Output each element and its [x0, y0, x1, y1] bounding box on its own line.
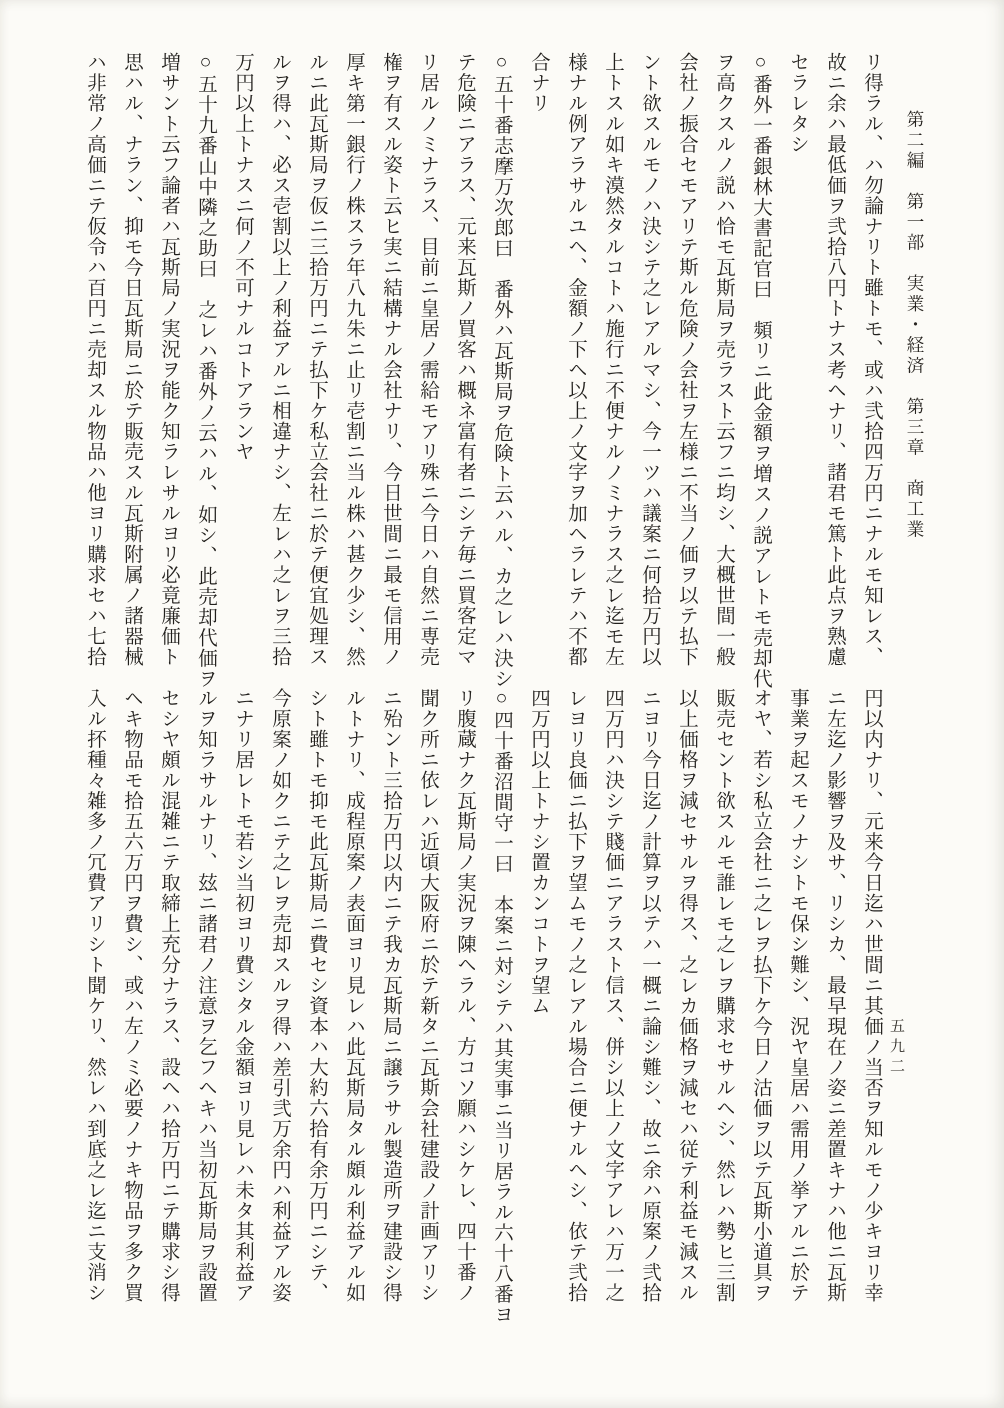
text-column: ルヲ知ラサルナリ、玆ニ諸君ノ注意ヲ乞フヘキハ当初瓦斯局ヲ設置 — [187, 688, 224, 1292]
text-column: ルトナリ、成程原案ノ表面ヨリ見レハ此瓦斯局タル頗ル利益アル如 — [335, 688, 372, 1292]
text-column: 販売セント欲スルモ誰レモ之レヲ購求セサルヘシ、然レハ勢ヒ三割 — [705, 688, 742, 1292]
text-column: 今原案ノ如クニテ之レヲ売却スルヲ得ハ差引弐万余円ハ利益アル姿 — [261, 688, 298, 1292]
text-column: ニ左迄ノ影響ヲ及サ、リシカ、最早現在ノ姿ニ差置キナハ他ニ瓦斯 — [816, 688, 853, 1292]
text-column: 以上価格ヲ減セサルヲ得ス、之レカ価格ヲ減セハ従テ利益モ減スル — [668, 688, 705, 1292]
text-column: レヨリ良価ニ払下ヲ望ムモノ之レアル場合ニ便ナルヘシ、依テ弐拾 — [557, 688, 594, 1292]
text-column: ヘキ物品モ拾五六万円ヲ費シ、或ハ左ノミ必要ノナキ物品ヲ多ク買 — [113, 688, 150, 1292]
text-column: 万円以上トナスニ何ノ不可ナルコトアランヤ — [224, 52, 261, 656]
page-number: 五九二 — [886, 1018, 907, 1078]
text-column: 厚キ第一銀行ノ株スラ年八九朱ニ止リ壱割ニ当ル株ハ甚ク少シ、然 — [335, 52, 372, 656]
text-block-bottom: 円以内ナリ、元来今日迄ハ世間ニ其価ノ当否ヲ知ルモノ少キヨリ幸ニ左迄ノ影響ヲ及サ、… — [76, 688, 890, 1292]
text-column: 事業ヲ起スモノナシトモ保シ難シ、況ヤ皇居ハ需用ノ挙アルニ於テ — [779, 688, 816, 1292]
text-column: リ得ラル、ハ勿論ナリト雖トモ、或ハ弐拾四万円ニナルモ知レス、 — [853, 52, 890, 656]
text-column: ント欲スルモノハ決シテ之レアルマシ、今一ツハ議案ニ何拾万円以 — [631, 52, 668, 656]
text-column: 様ナル例アラサルユヘ、金額ノ下ヘ以上ノ文字ヲ加ヘラレテハ不都 — [557, 52, 594, 656]
text-column: リ腹蔵ナク瓦斯局ノ実況ヲ陳ヘラル、方コソ願ハシケレ、四十番ノ — [446, 688, 483, 1292]
text-column: 思ハル、ナラン、抑モ今日瓦斯局ニ於テ販売スル瓦斯附属ノ諸器械 — [113, 52, 150, 656]
text-column: セシヤ頗ル混雑ニテ取締上充分ナラス、設ヘハ拾万円ニテ購求シ得 — [150, 688, 187, 1292]
running-head: 第二編 第一部 実業・経済 第三章 商工業 — [903, 110, 928, 541]
text-column: 権ヲ有スル姿ト云ヒ実ニ結構ナル会社ナリ、今日世間ニ最モ信用ノ — [372, 52, 409, 656]
text-column: 会社ノ振合セモアリテ斯ル危険ノ会社ヲ左様ニ不当ノ価ヲ以テ払下 — [668, 52, 705, 656]
text-column: ○番外一番銀林大書記官曰 頻リニ此金額ヲ増スノ説アレトモ売却代 — [742, 52, 779, 656]
text-column: オヤ、若シ私立会社ニ之レヲ払下ケ今日ノ沽価ヲ以テ瓦斯小道具ヲ — [742, 688, 779, 1292]
text-column: ○五十番志摩万次郎曰 番外ハ瓦斯局ヲ危険ト云ハル、カ之レハ決シ — [483, 52, 520, 656]
text-column: ニ殆ント三拾万円以内ニテ我カ瓦斯局ニ譲ラサル製造所ヲ建設シ得 — [372, 688, 409, 1292]
text-column: テ危険ニアラス、元来瓦斯ノ買客ハ概ネ富有者ニシテ毎ニ買客定マ — [446, 52, 483, 656]
text-column: 聞ク所ニ依レハ近頃大阪府ニ於テ新タニ瓦斯会社建設ノ計画アリシ — [409, 688, 446, 1292]
text-column: セラレタシ — [779, 52, 816, 656]
text-column: ルヲ得ハ、必ス壱割以上ノ利益アルニ相違ナシ、左レハ之レヲ三拾 — [261, 52, 298, 656]
text-column: 故ニ余ハ最低価ヲ弐拾八円トナス考ヘナリ、諸君モ篤ト此点ヲ熟慮 — [816, 52, 853, 656]
text-column: 合ナリ — [520, 52, 557, 656]
text-block-top: リ得ラル、ハ勿論ナリト雖トモ、或ハ弐拾四万円ニナルモ知レス、故ニ余ハ最低価ヲ弐拾… — [76, 52, 890, 656]
text-column: ニヨリ今日迄ノ計算ヲ以テハ一概ニ論シ難シ、故ニ余ハ原案ノ弐拾 — [631, 688, 668, 1292]
text-column: ○四十番沼間守一曰 本案ニ対シテハ其実事ニ当リ居ラル六十八番ヨ — [483, 688, 520, 1292]
text-column: ニナリ居レトモ若シ当初ヨリ費シタル金額ヨリ見レハ未タ其利益ア — [224, 688, 261, 1292]
text-column: リ居ルノミナラス、目前ニ皇居ノ需給モアリ殊ニ今日ハ自然ニ専売 — [409, 52, 446, 656]
text-column: ハ非常ノ高価ニテ仮令ハ百円ニ売却スル物品ハ他ヨリ購求セハ七拾 — [76, 52, 113, 656]
text-column: 四万円以上トナシ置カンコトヲ望ム — [520, 688, 557, 1292]
book-page: 第二編 第一部 実業・経済 第三章 商工業 リ得ラル、ハ勿論ナリト雖トモ、或ハ弐… — [0, 0, 1004, 1408]
text-column: 入ル抔種々雑多ノ冗費アリシト聞ケリ、然レハ到底之レ迄ニ支消シ — [76, 688, 113, 1292]
text-column: ルニ此瓦斯局ヲ仮ニ三拾万円ニテ払下ケ私立会社ニ於テ便宜処理ス — [298, 52, 335, 656]
text-column: 円以内ナリ、元来今日迄ハ世間ニ其価ノ当否ヲ知ルモノ少キヨリ幸 — [853, 688, 890, 1292]
text-column: シト雖トモ抑モ此瓦斯局ニ費セシ資本ハ大約六拾有余万円ニシテ、 — [298, 688, 335, 1292]
text-column: ヲ高クスルノ説ハ恰モ瓦斯局ヲ売ラスト云フニ均シ、大概世間一般 — [705, 52, 742, 656]
text-column: ○五十九番山中隣之助曰 之レハ番外ノ云ハル、如シ、此売却代価ヲ — [187, 52, 224, 656]
text-column: 上トスル如キ漠然タルコトハ施行ニ不便ナルノミナラス之レ迄モ左 — [594, 52, 631, 656]
text-column: 増サント云フ論者ハ瓦斯局ノ実況ヲ能ク知ラレサルヨリ必竟廉価ト — [150, 52, 187, 656]
text-column: 四万円ハ決シテ賤価ニアラスト信ス、併シ以上ノ文字アレハ万一之 — [594, 688, 631, 1292]
